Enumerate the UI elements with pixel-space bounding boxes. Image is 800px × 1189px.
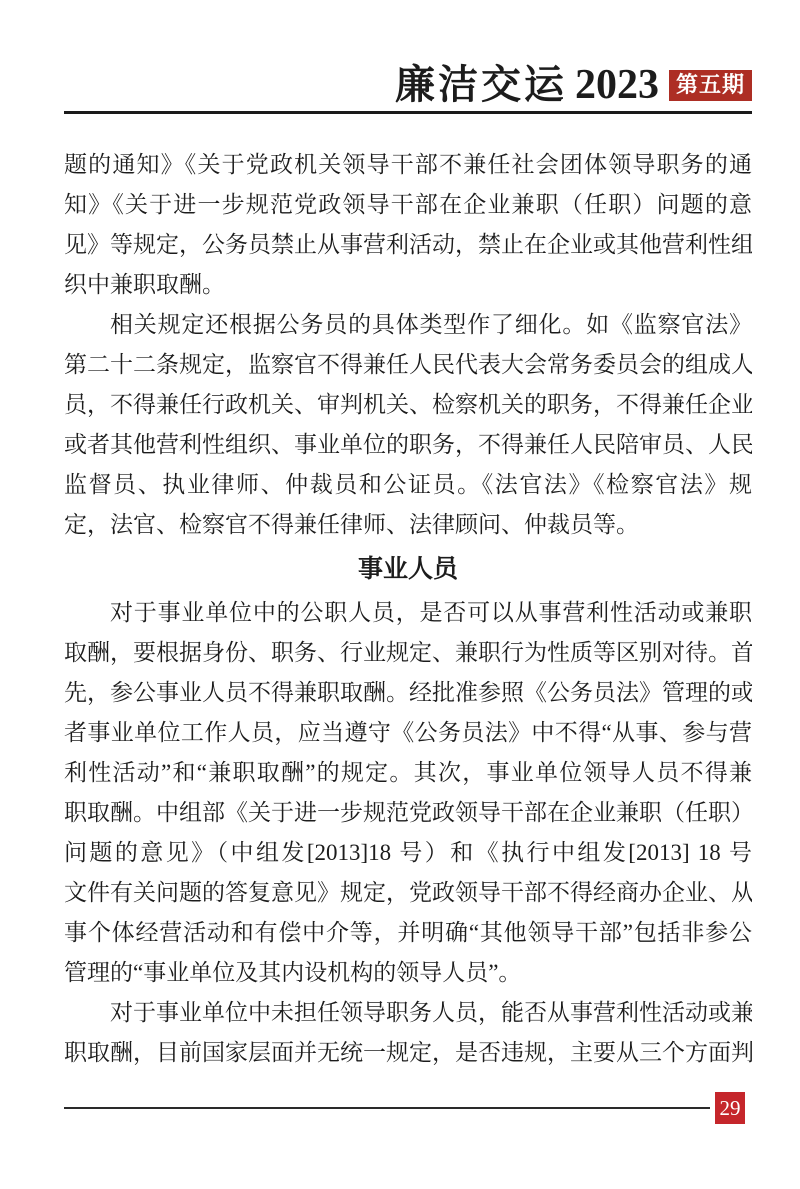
page-number-badge: 29 xyxy=(715,1092,745,1124)
text-line: 监督员、执业律师、仲裁员和公证员。《法官法》《检察官法》规 xyxy=(64,465,752,505)
header-rule xyxy=(64,111,752,114)
text-line: 织中兼职取酬。 xyxy=(64,265,752,305)
text-line: 相关规定还根据公务员的具体类型作了细化。如《监察官法》 xyxy=(64,305,752,345)
text-line: 问题的意见》（中组发[2013]18 号）和《执行中组发[2013] 18 号 xyxy=(64,833,752,873)
journal-title: 廉洁交运 xyxy=(395,65,567,105)
document-page: 廉洁交运 2023 第五期 题的通知》《关于党政机关领导干部不兼任社会团体领导职… xyxy=(0,0,800,1189)
text-line: 者事业单位工作人员，应当遵守《公务员法》中不得“从事、参与营 xyxy=(64,713,752,753)
footer-rule xyxy=(64,1107,710,1109)
text-line: 职取酬，目前国家层面并无统一规定，是否违规，主要从三个方面判 xyxy=(64,1033,752,1073)
text-line: 文件有关问题的答复意见》规定，党政领导干部不得经商办企业、从 xyxy=(64,873,752,913)
body-text: 题的通知》《关于党政机关领导干部不兼任社会团体领导职务的通知》《关于进一步规范党… xyxy=(64,145,752,1073)
text-line: 利性活动”和“兼职取酬”的规定。其次，事业单位领导人员不得兼 xyxy=(64,753,752,793)
text-line: 题的通知》《关于党政机关领导干部不兼任社会团体领导职务的通 xyxy=(64,145,752,185)
text-line: 对于事业单位中未担任领导职务人员，能否从事营利性活动或兼 xyxy=(64,993,752,1033)
text-line: 员，不得兼任行政机关、审判机关、检察机关的职务，不得兼任企业 xyxy=(64,385,752,425)
text-line: 第二十二条规定，监察官不得兼任人民代表大会常务委员会的组成人 xyxy=(64,345,752,385)
issue-badge: 第五期 xyxy=(669,70,752,101)
text-line: 或者其他营利性组织、事业单位的职务，不得兼任人民陪审员、人民 xyxy=(64,425,752,465)
text-line: 事个体经营活动和有偿中介等，并明确“其他领导干部”包括非参公 xyxy=(64,913,752,953)
text-line: 取酬，要根据身份、职务、行业规定、兼职行为性质等区别对待。首 xyxy=(64,633,752,673)
text-line: 先，参公事业人员不得兼职取酬。经批准参照《公务员法》管理的或 xyxy=(64,673,752,713)
text-line: 对于事业单位中的公职人员，是否可以从事营利性活动或兼职 xyxy=(64,593,752,633)
journal-year: 2023 xyxy=(575,64,659,106)
section-heading: 事业人员 xyxy=(64,549,752,589)
text-line: 职取酬。中组部《关于进一步规范党政领导干部在企业兼职（任职） xyxy=(64,793,752,833)
text-line: 见》等规定，公务员禁止从事营利活动，禁止在企业或其他营利性组 xyxy=(64,225,752,265)
text-line: 管理的“事业单位及其内设机构的领导人员”。 xyxy=(64,953,752,993)
text-line: 知》《关于进一步规范党政领导干部在企业兼职（任职）问题的意 xyxy=(64,185,752,225)
page-header: 廉洁交运 2023 第五期 xyxy=(64,62,752,114)
text-line: 定，法官、检察官不得兼任律师、法律顾问、仲裁员等。 xyxy=(64,505,752,545)
header-title-row: 廉洁交运 2023 第五期 xyxy=(64,62,752,108)
